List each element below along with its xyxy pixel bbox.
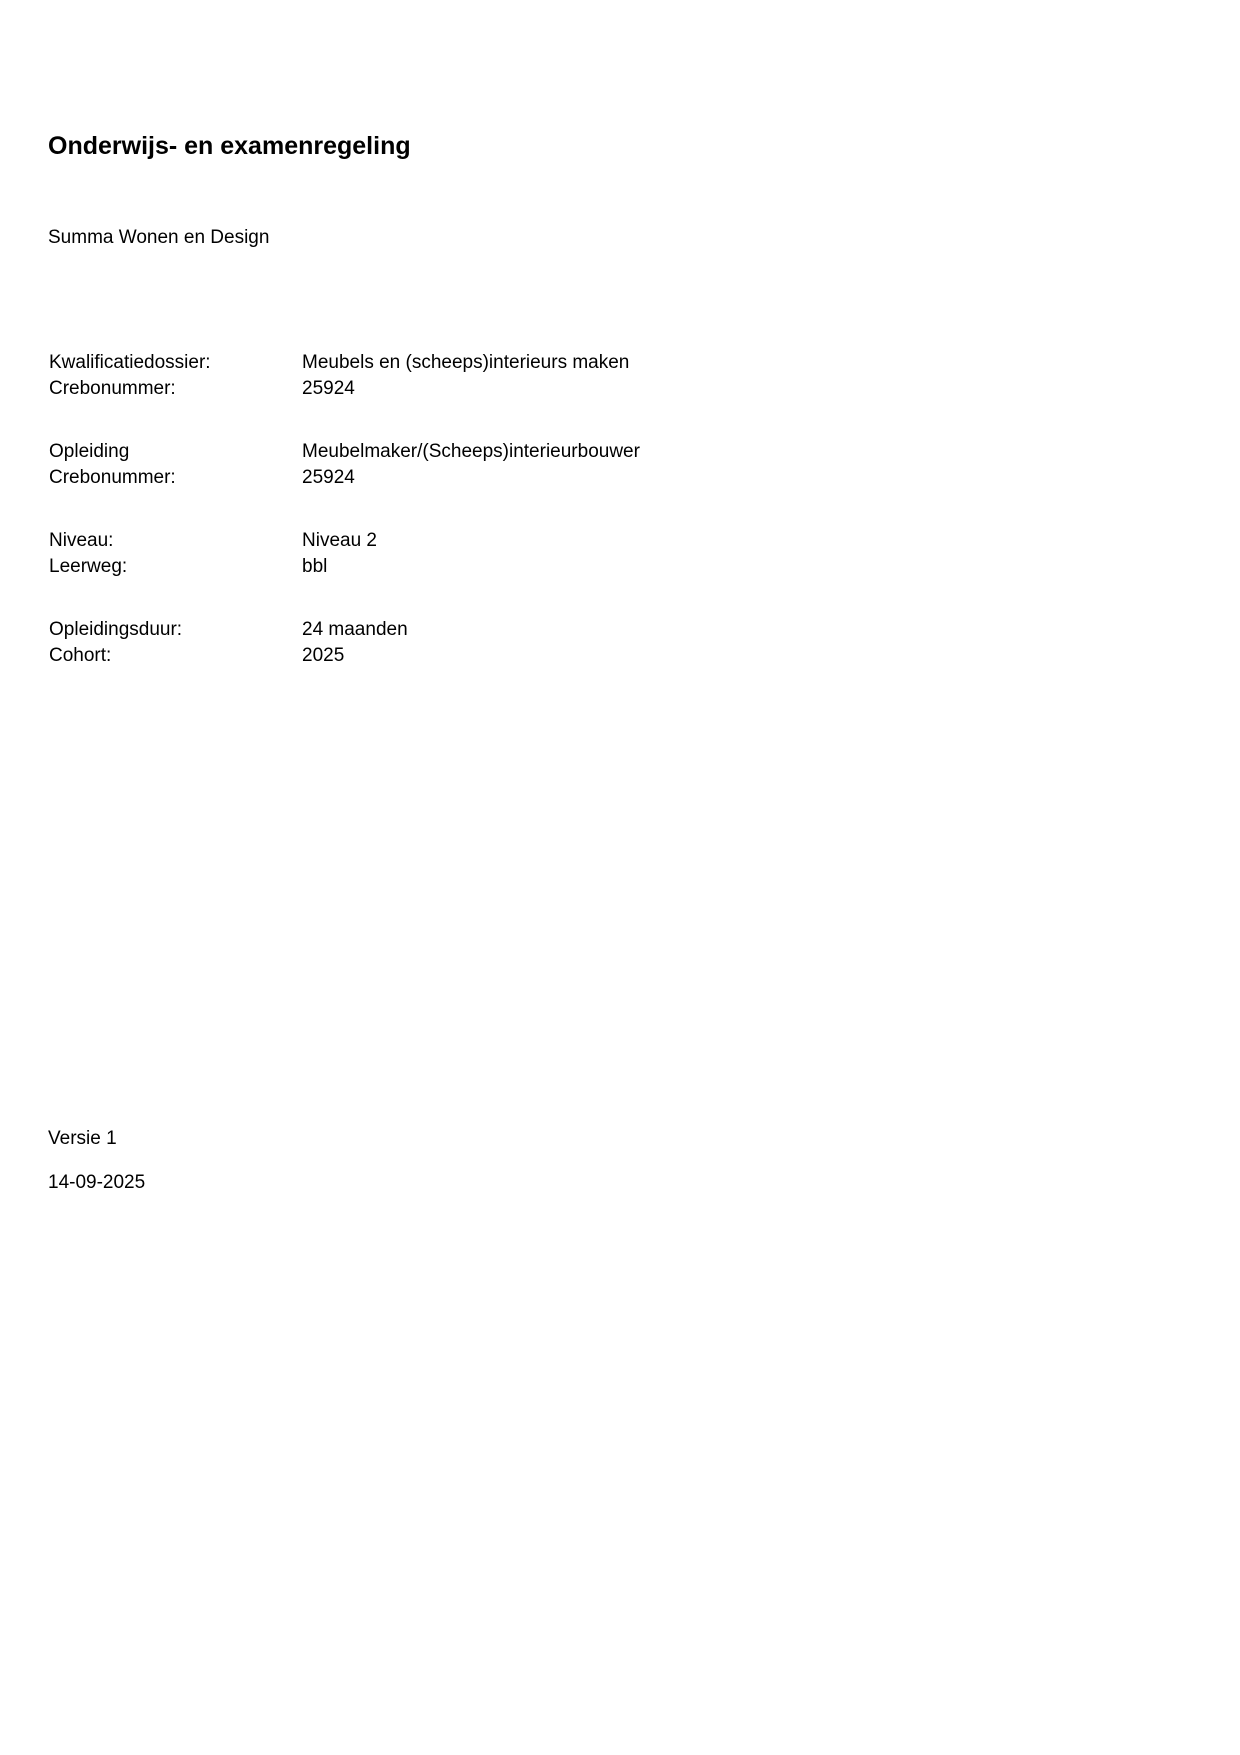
info-value: Meubelmaker/(Scheeps)interieurbouwer <box>302 439 640 465</box>
institution-name: Summa Wonen en Design <box>48 226 269 250</box>
info-group-qualification: Kwalificatiedossier: Meubels en (scheeps… <box>49 350 629 402</box>
info-group-duur: Opleidingsduur: 24 maanden Cohort: 2025 <box>49 617 408 669</box>
info-group-niveau: Niveau: Niveau 2 Leerweg: bbl <box>49 528 377 580</box>
info-value: 24 maanden <box>302 617 408 643</box>
version-label: Versie 1 <box>48 1127 117 1151</box>
page-title: Onderwijs- en examenregeling <box>48 131 411 161</box>
info-row-crebonummer: Crebonummer: 25924 <box>49 465 640 491</box>
info-label: Opleiding <box>49 439 302 465</box>
info-label: Cohort: <box>49 643 302 669</box>
info-label: Crebonummer: <box>49 465 302 491</box>
info-label: Crebonummer: <box>49 376 302 402</box>
info-group-opleiding: Opleiding Meubelmaker/(Scheeps)interieur… <box>49 439 640 491</box>
info-row-crebonummer: Crebonummer: 25924 <box>49 376 629 402</box>
info-value: 25924 <box>302 376 355 402</box>
document-date: 14-09-2025 <box>48 1171 145 1195</box>
info-label: Niveau: <box>49 528 302 554</box>
info-value: 25924 <box>302 465 355 491</box>
info-value: bbl <box>302 554 327 580</box>
info-label: Kwalificatiedossier: <box>49 350 302 376</box>
info-row-niveau: Niveau: Niveau 2 <box>49 528 377 554</box>
info-row-leerweg: Leerweg: bbl <box>49 554 377 580</box>
info-label: Leerweg: <box>49 554 302 580</box>
info-row-opleidingsduur: Opleidingsduur: 24 maanden <box>49 617 408 643</box>
info-value: Meubels en (scheeps)interieurs maken <box>302 350 629 376</box>
info-value: 2025 <box>302 643 344 669</box>
info-label: Opleidingsduur: <box>49 617 302 643</box>
info-row-cohort: Cohort: 2025 <box>49 643 408 669</box>
info-row-kwalificatiedossier: Kwalificatiedossier: Meubels en (scheeps… <box>49 350 629 376</box>
info-row-opleiding: Opleiding Meubelmaker/(Scheeps)interieur… <box>49 439 640 465</box>
info-value: Niveau 2 <box>302 528 377 554</box>
